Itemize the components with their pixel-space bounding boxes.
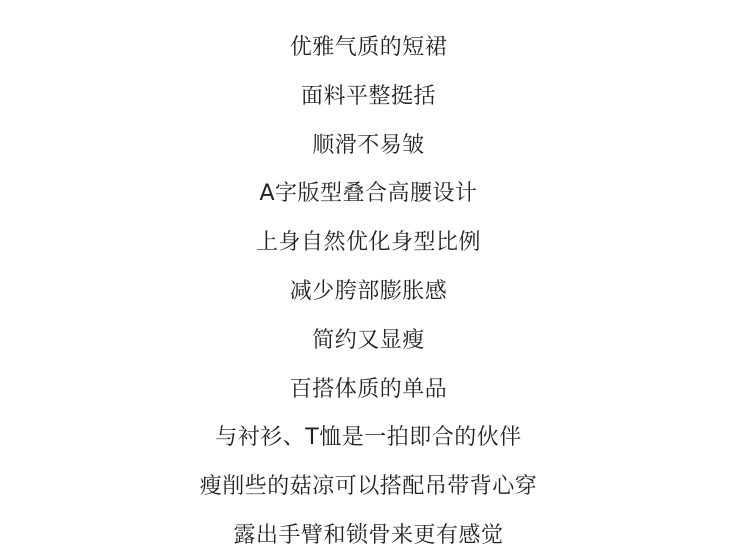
description-line: 顺滑不易皱 [312,122,425,171]
description-line: A字版型叠合高腰设计 [259,170,477,219]
description-line: 与衬衫、T恤是一拍即合的伙伴 [215,414,521,463]
description-line: 简约又显瘦 [312,317,425,366]
description-line: 优雅气质的短裙 [290,24,448,73]
description-line: 瘦削些的菇凉可以搭配吊带背心穿 [200,463,538,512]
description-line: 面料平整挺括 [301,73,436,122]
description-line: 上身自然优化身型比例 [256,219,481,268]
description-line: 减少胯部膨胀感 [290,268,448,317]
description-line: 露出手臂和锁骨来更有感觉 [233,512,503,560]
product-description: 优雅气质的短裙 面料平整挺括 顺滑不易皱 A字版型叠合高腰设计 上身自然优化身型… [0,24,737,560]
description-line: 百搭体质的单品 [290,366,448,415]
